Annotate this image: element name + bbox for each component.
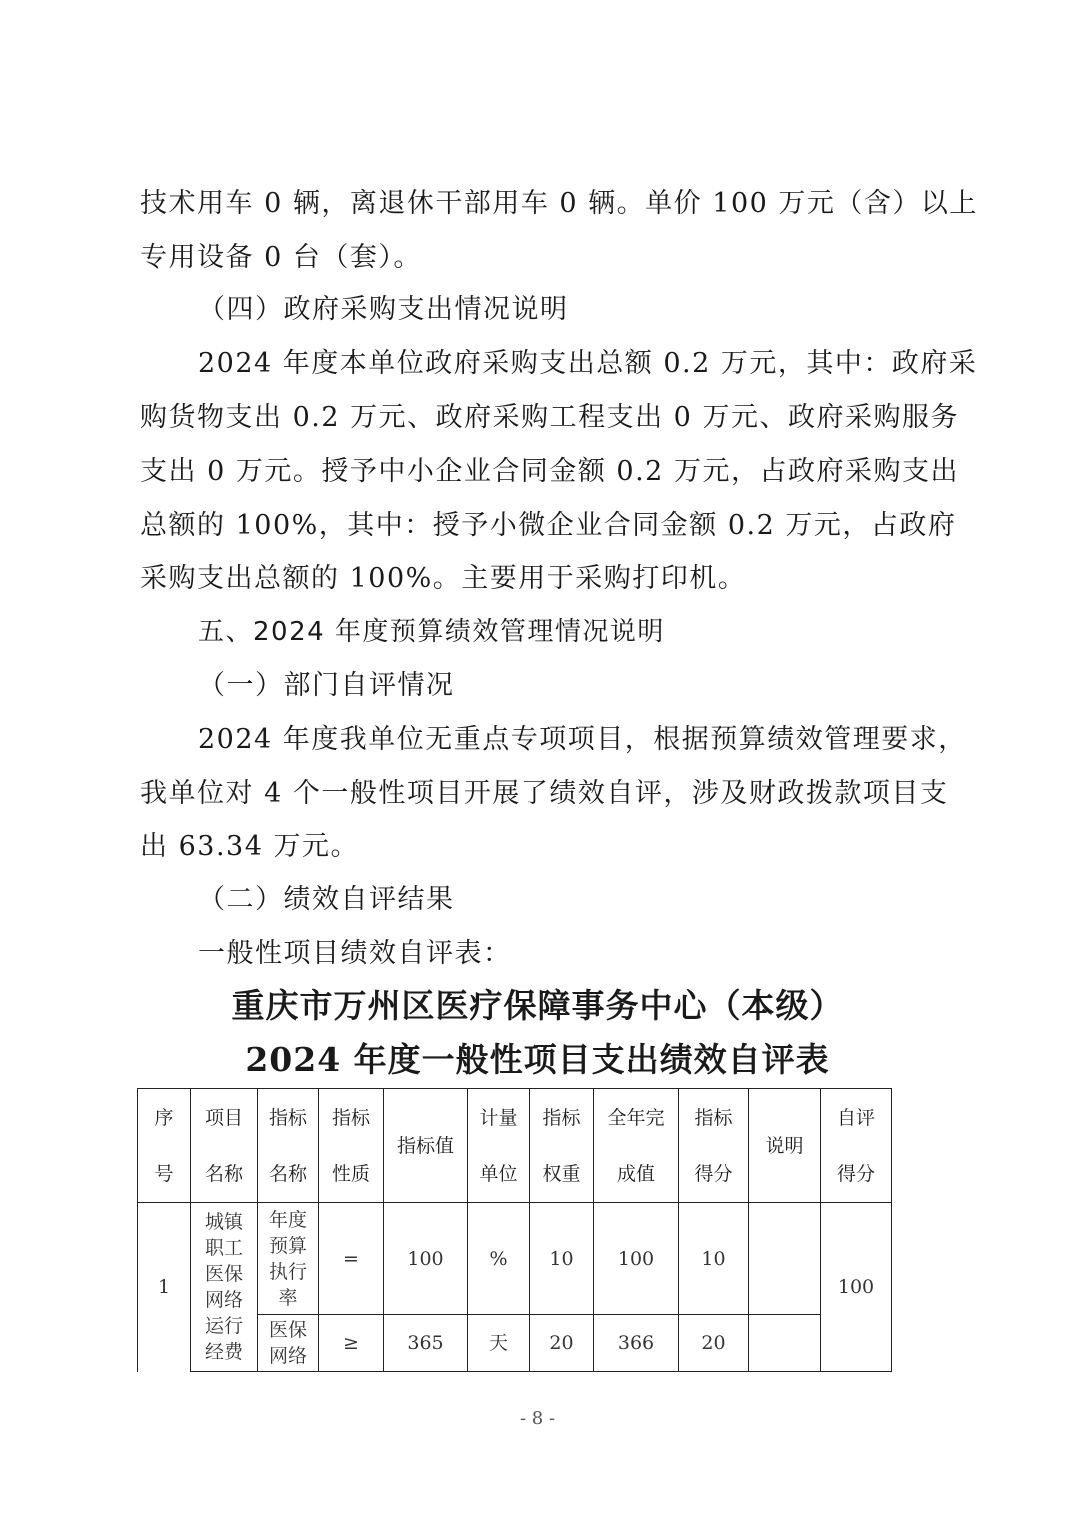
table-title-line1: 重庆市万州区医疗保障事务中心（本级） <box>0 984 1075 1028</box>
cell-indicator-name: 年度预算 执行率 <box>258 1203 319 1315</box>
header-indicator-type: 指标性质 <box>319 1089 384 1203</box>
table-header-row: 序号 项目名称 指标名称 指标性质 指标值 计量单位 指标权重 全年完成值 指标… <box>138 1089 892 1203</box>
header-weight: 指标权重 <box>530 1089 594 1203</box>
paragraph-line: 技术用车 0 辆，离退休干部用车 0 辆。单价 100 万元（含）以上 <box>140 184 940 224</box>
table-title-line2: 2024 年度一般性项目支出绩效自评表 <box>0 1038 1075 1082</box>
cell-indicator-name: 医保网络 <box>258 1315 319 1372</box>
page-number: - 8 - <box>0 1408 1075 1429</box>
header-self-score: 自评得分 <box>821 1089 892 1203</box>
header-note: 说明 <box>749 1089 821 1203</box>
header-unit: 计量单位 <box>468 1089 530 1203</box>
performance-table: 序号 项目名称 指标名称 指标性质 指标值 计量单位 指标权重 全年完成值 指标… <box>137 1088 892 1372</box>
paragraph-line: 专用设备 0 台（套）。 <box>140 238 940 278</box>
cell-indicator-value: 100 <box>384 1203 468 1315</box>
paragraph-line: 总额的 100%，其中：授予小微企业合同金额 0.2 万元，占政府 <box>140 506 940 546</box>
cell-weight: 20 <box>530 1315 594 1372</box>
cell-score: 20 <box>679 1315 749 1372</box>
cell-indicator-type: = <box>319 1203 384 1315</box>
cell-weight: 10 <box>530 1203 594 1315</box>
table-row: 1 城镇职工 医保网络 运行经费 年度预算 执行率 = 100 % 10 100… <box>138 1203 892 1315</box>
paragraph-line: 支出 0 万元。授予中小企业合同金额 0.2 万元，占政府采购支出 <box>140 452 940 492</box>
cell-seq: 1 <box>138 1203 191 1372</box>
cell-actual: 100 <box>594 1203 679 1315</box>
cell-project: 城镇职工 医保网络 运行经费 <box>191 1203 258 1372</box>
paragraph-line: 出 63.34 万元。 <box>140 827 940 867</box>
cell-actual: 366 <box>594 1315 679 1372</box>
table-intro: 一般性项目绩效自评表： <box>198 934 998 974</box>
cell-note <box>749 1203 821 1315</box>
cell-score: 10 <box>679 1203 749 1315</box>
section-heading-procurement: （四）政府采购支出情况说明 <box>198 290 998 330</box>
paragraph-line: 采购支出总额的 100%。主要用于采购打印机。 <box>140 559 940 599</box>
header-seq: 序号 <box>138 1089 191 1203</box>
header-indicator-value: 指标值 <box>384 1089 468 1203</box>
header-score: 指标得分 <box>679 1089 749 1203</box>
subsection-heading-results: （二）绩效自评结果 <box>198 880 998 920</box>
cell-note <box>749 1315 821 1372</box>
cell-indicator-type: ≥ <box>319 1315 384 1372</box>
header-indicator-name: 指标名称 <box>258 1089 319 1203</box>
paragraph-line: 购货物支出 0.2 万元、政府采购工程支出 0 万元、政府采购服务 <box>140 398 940 438</box>
paragraph-line: 2024 年度我单位无重点专项项目，根据预算绩效管理要求， <box>198 720 998 760</box>
header-project: 项目名称 <box>191 1089 258 1203</box>
cell-indicator-value: 365 <box>384 1315 468 1372</box>
cell-self-score: 100 <box>821 1203 892 1372</box>
subsection-heading-self-eval: （一）部门自评情况 <box>198 666 998 706</box>
paragraph-line: 2024 年度本单位政府采购支出总额 0.2 万元，其中：政府采 <box>198 344 938 384</box>
cell-unit: 天 <box>468 1315 530 1372</box>
cell-unit: % <box>468 1203 530 1315</box>
section-heading-budget-performance: 五、2024 年度预算绩效管理情况说明 <box>198 612 998 652</box>
header-actual: 全年完成值 <box>594 1089 679 1203</box>
paragraph-line: 我单位对 4 个一般性项目开展了绩效自评，涉及财政拨款项目支 <box>140 774 940 814</box>
